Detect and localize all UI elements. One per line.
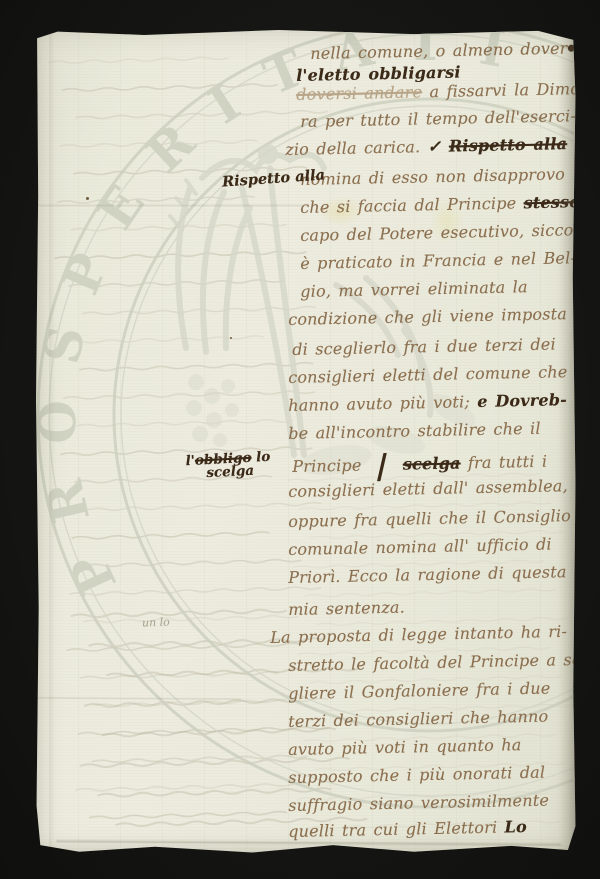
manuscript-line: be all'incontro stabilire che il — [288, 419, 541, 443]
manuscript-text-segment: di sceglierlo fra i due terzi dei — [292, 334, 556, 359]
manuscript-text-segment: Lo — [504, 817, 527, 836]
manuscript-page: PROSPERITATI PVBLICAE — [36, 30, 576, 855]
manuscript-line: nomina di esso non disapprovo — [300, 164, 565, 189]
manuscript-line: nella comune, o almeno dover● of- — [310, 38, 576, 63]
margin-note-correction: l'obbligo lo scelga — [185, 449, 271, 482]
manuscript-text-segment: suffragio siano verosimilmente — [288, 791, 549, 815]
manuscript-line: capo del Potere esecutivo, siccome — [300, 220, 576, 245]
manuscript-text-segment: ✓ — [427, 137, 449, 156]
manuscript-text-segment: e Dovreb- — [477, 390, 567, 411]
manuscript-text-segment: stretto le facoltà del Principe a sce- — [288, 650, 576, 675]
manuscript-line: è praticato in Francia e nel Bel- — [300, 248, 576, 273]
manuscript-text-segment: gio, ma vorrei eliminata la — [300, 277, 528, 301]
manuscript-text-segment: doversi andare — [296, 82, 422, 104]
manuscript-line: comunale nomina all' ufficio di — [288, 534, 552, 559]
manuscript-line: gio, ma vorrei eliminata la — [300, 277, 528, 301]
manuscript-text-segment: hanno avuto più voti; — [288, 392, 477, 415]
manuscript-text-segment: of- — [575, 38, 576, 58]
manuscript-line: terzi dei consiglieri che hanno — [288, 707, 549, 731]
manuscript-text-segment: che si faccia dal Principe — [300, 193, 524, 217]
manuscript-text-segment: consiglieri eletti del comune che — [288, 362, 568, 387]
manuscript-text-segment: ra per tutto il tempo dell'eserci- — [300, 106, 576, 131]
manuscript-text-column: nella comune, o almeno dover● of-l'elett… — [36, 30, 576, 855]
manuscript-line: supposto che i più onorati dal — [288, 763, 545, 787]
manuscript-text-segment: La proposta di legge intanto ha ri- — [270, 622, 567, 647]
manuscript-text-segment: a fissarvi la Dimo- — [422, 79, 576, 101]
manuscript-line: quelli tra cui gli Elettori Lo — [288, 817, 527, 841]
manuscript-text-segment: mia sentenza. — [288, 598, 405, 619]
manuscript-text-segment: nomina di esso non disapprovo — [300, 164, 565, 189]
manuscript-line: avuto più voti in quanto ha — [288, 735, 522, 759]
faint-pencil-mark: un lo — [142, 616, 170, 630]
manuscript-text-segment: oppure fra quelli che il Consiglio — [288, 506, 571, 531]
manuscript-text-segment: nella comune, o almeno dover — [310, 39, 568, 63]
manuscript-line: condizione che gli viene imposta — [288, 304, 567, 329]
manuscript-text-segment: capo del Potere esecutivo, siccome — [300, 220, 576, 245]
manuscript-line: mia sentenza. — [288, 598, 405, 619]
manuscript-text-segment: zio della carica. — [285, 137, 428, 159]
manuscript-line: gliere il Gonfaloniere fra i due — [288, 679, 551, 703]
right-edge-shading — [558, 30, 576, 855]
manuscript-text-segment: scelga — [403, 453, 461, 473]
manuscript-text-segment: è praticato in Francia e nel Bel- — [300, 248, 576, 273]
manuscript-line: Priorì. Ecco la ragione di questa — [288, 562, 567, 587]
manuscript-text-segment: avuto più voti in quanto ha — [288, 735, 522, 759]
manuscript-line: oppure fra quelli che il Consiglio — [288, 506, 571, 531]
manuscript-text-segment: condizione che gli viene imposta — [288, 304, 567, 329]
manuscript-line: stretto le facoltà del Principe a sce- — [288, 650, 576, 675]
manuscript-line: ra per tutto il tempo dell'eserci- — [300, 106, 576, 131]
manuscript-line: che si faccia dal Principe stesso — [300, 192, 576, 217]
manuscript-line: zio della carica. ✓ Rispetto alla — [285, 134, 567, 159]
manuscript-text-segment: Rispetto alla — [449, 134, 568, 155]
manuscript-line: di sceglierlo fra i due terzi dei — [292, 334, 556, 359]
manuscript-text-segment: fra tutti i — [460, 452, 547, 473]
manuscript-line: hanno avuto più voti; e Dovreb- — [288, 390, 567, 415]
manuscript-text-segment: Priorì. Ecco la ragione di questa — [288, 562, 567, 587]
manuscript-text-segment: supposto che i più onorati dal — [288, 763, 545, 787]
manuscript-text-segment: gliere il Gonfaloniere fra i due — [288, 679, 551, 703]
manuscript-line: consiglieri eletti del comune che — [288, 362, 568, 387]
margin-note-text: lo — [251, 449, 271, 466]
manuscript-text-segment: terzi dei consiglieri che hanno — [288, 707, 549, 731]
manuscript-line: suffragio siano verosimilmente — [288, 791, 549, 815]
manuscript-line: La proposta di legge intanto ha ri- — [270, 622, 567, 647]
manuscript-text-segment: comunale nomina all' ufficio di — [288, 534, 552, 559]
manuscript-text-segment: Principe — [292, 455, 369, 476]
manuscript-text-segment: be all'incontro stabilire che il — [288, 419, 541, 443]
manuscript-text-segment: quelli tra cui gli Elettori — [288, 817, 505, 841]
manuscript-text-segment: ❘ — [368, 450, 403, 482]
scan-background: PROSPERITATI PVBLICAE — [0, 0, 600, 879]
